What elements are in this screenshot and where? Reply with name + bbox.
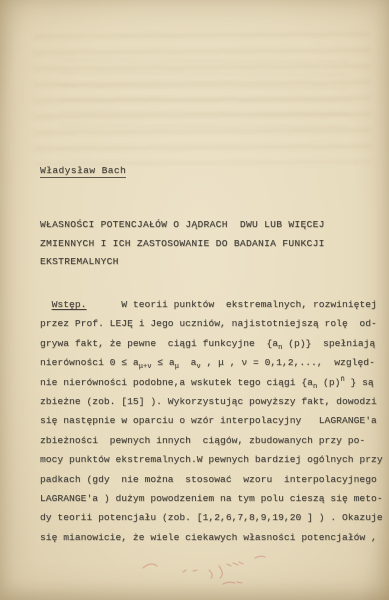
title-line: WŁASNOŚCI POTENCJAŁÓW O JĄDRACH DWU LUB … <box>40 216 325 235</box>
text-line: się mianowicie, że wiele ciekawych własn… <box>40 528 383 547</box>
text-line: padkach (gdy nie można stosować wzoru in… <box>40 470 383 489</box>
text-line: nie nierówności podobne,a wskutek tego c… <box>40 373 383 392</box>
document-title: WŁASNOŚCI POTENCJAŁÓW O JĄDRACH DWU LUB … <box>40 216 325 272</box>
pencil-marks <box>105 550 295 600</box>
text-line: zbieżności pewnych innych ciągów, zbudow… <box>40 431 383 450</box>
text-line: mocy punktów ekstremalnych.W pewnych bar… <box>40 450 383 469</box>
text-line: grywa fakt, że pewne ciągi funkcyjne {an… <box>40 334 383 353</box>
body-paragraph: Wstęp. W teorii punktów ekstremalnych, r… <box>40 295 383 547</box>
author-name: Władysław Bach <box>40 165 126 178</box>
title-line: EKSTREMALNYCH <box>40 253 325 272</box>
title-line: ZMIENNYCH I ICH ZASTOSOWANIE DO BADANIA … <box>40 235 325 254</box>
document-page: Władysław Bach WŁASNOŚCI POTENCJAŁÓW O J… <box>0 0 389 600</box>
text-line: się następnie w oparciu o wzór interpola… <box>40 411 383 430</box>
text-line: zbieżne (zob. [15] ). Wykorzystując powy… <box>40 392 383 411</box>
text-line: LAGRANGE'a ) dużym powodzeniem na tym po… <box>40 489 383 508</box>
page-showthrough-texture <box>34 33 372 165</box>
text-line: nierówności 0 ≤ aμ+ν ≤ aμ aν , μ , ν = 0… <box>40 353 383 372</box>
text-line: Wstęp. W teorii punktów ekstremalnych, r… <box>40 295 383 314</box>
text-line: dy teorii potencjału (zob. [1,2,6,7,8,9,… <box>40 508 383 527</box>
page-showthrough-texture-2 <box>60 59 349 131</box>
text-line: przez Prof. LEJĘ i Jego uczniów, najisto… <box>40 314 383 333</box>
